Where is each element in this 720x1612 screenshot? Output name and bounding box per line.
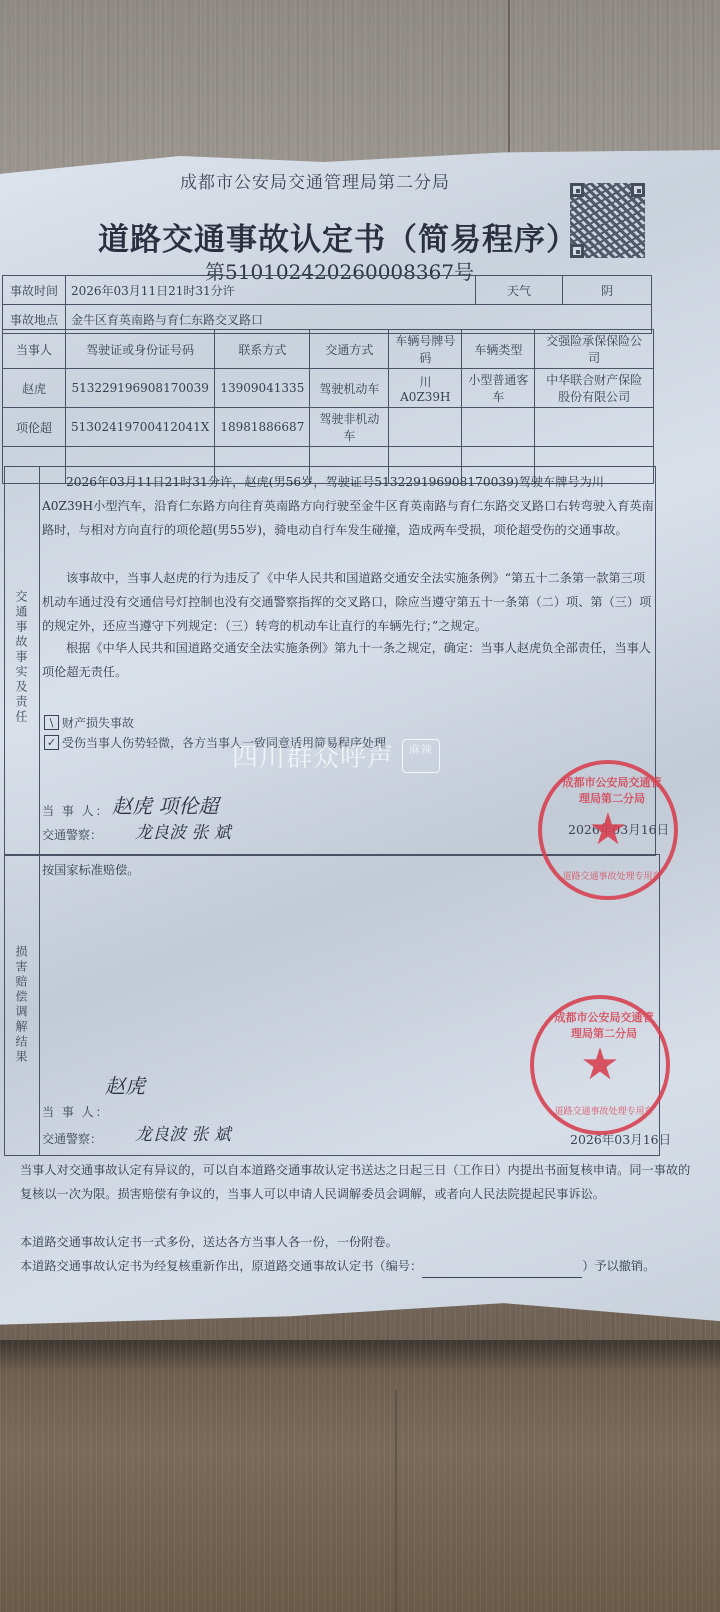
official-seal-1: 成都市公安局交通管理局第二分局 ★ 道路交通事故处理专用章 — [538, 760, 678, 900]
party-insurer — [535, 408, 654, 447]
party-plate: 川A0Z39H — [389, 369, 462, 408]
party-name: 赵虎 — [3, 369, 66, 408]
seal-ring-text: 成都市公安局交通管理局第二分局 — [550, 1009, 658, 1041]
weather-label: 天气 — [476, 276, 563, 305]
header-cell: 交强险承保保险公司 — [535, 330, 654, 369]
wood-seam — [508, 0, 510, 170]
header-cell: 当事人 — [3, 330, 66, 369]
party-phone: 13909041335 — [215, 369, 310, 408]
qr-code-icon — [570, 183, 645, 258]
accident-info-table: 事故时间 2026年03月11日21时31分许 天气 阴 事故地点 金牛区育英南… — [2, 275, 652, 334]
party-id: 513229196908170039 — [66, 369, 215, 408]
checkbox-property-loss[interactable]: \ 财产损失事故 — [44, 714, 134, 731]
header-cell: 车辆号牌号码 — [389, 330, 462, 369]
party-id: 51302419700412041X — [66, 408, 215, 447]
party-plate — [389, 408, 462, 447]
checkbox-label: 财产损失事故 — [62, 714, 134, 731]
parties-table: 当事人 驾驶证或身份证号码 联系方式 交通方式 车辆号牌号码 车辆类型 交强险承… — [2, 329, 654, 484]
wood-seam — [395, 1390, 397, 1612]
document-title: 道路交通事故认定书（简易程序） — [98, 214, 578, 259]
watermark-badge-icon: 麻辣 — [402, 739, 440, 773]
responsibility-paragraph: 根据《中华人民共和国道路交通安全法实施条例》第九十一条之规定，确定：当事人赵虎负… — [42, 636, 654, 684]
time-value: 2026年03月11日21时31分许 — [66, 276, 476, 305]
header-cell: 车辆类型 — [462, 330, 535, 369]
party-transport: 驾驶非机动车 — [310, 408, 389, 447]
section-divider — [39, 467, 40, 855]
time-label: 事故时间 — [3, 276, 66, 305]
seal-bottom-text: 道路交通事故处理专用章 — [554, 1104, 654, 1117]
compensation-side-label: 损害赔偿调解结果 — [8, 945, 30, 1075]
wooden-table-bottom — [0, 1340, 720, 1612]
party-vehicle-type: 小型普通客车 — [462, 369, 535, 408]
checkmark-icon: ✓ — [44, 735, 59, 750]
police-signatures: 龙良波 张 斌 — [135, 818, 231, 843]
table-row: 赵虎 513229196908170039 13909041335 驾驶机动车 … — [3, 369, 654, 408]
notes-revision: 本道路交通事故认定书为经复核重新作出，原道路交通事故认定书（编号：）予以撤销。 — [20, 1254, 700, 1278]
notes-objection: 当事人对交通事故认定有异议的，可以自本道路交通事故认定书送达之日起三日（工作日）… — [20, 1158, 700, 1206]
watermark-text: 四川群众呼声 — [232, 737, 394, 774]
party-insurer: 中华联合财产保险股份有限公司 — [535, 369, 654, 408]
violation-paragraph: 该事故中，当事人赵虎的行为违反了《中华人民共和国道路交通安全法实施条例》“第五十… — [42, 566, 654, 638]
weather-value: 阴 — [563, 276, 652, 305]
party-signature: 赵虎 — [105, 1070, 145, 1099]
header-cell: 交通方式 — [310, 330, 389, 369]
notes-revision-text: 本道路交通事故认定书为经复核重新作出，原道路交通事故认定书（编号： — [20, 1259, 422, 1273]
issuer-name: 成都市公安局交通管理局第二分局 — [180, 168, 450, 193]
table-row: 项伦超 51302419700412041X 18981886687 驾驶非机动… — [3, 408, 654, 447]
notes-copies: 本道路交通事故认定书一式多份，送达各方当事人各一份，一份附卷。 — [20, 1230, 700, 1254]
notes-revision-end: ）予以撤销。 — [582, 1259, 655, 1273]
party-signature-label: 当 事 人： — [42, 1103, 110, 1120]
facts-paragraph: 2026年03月11日21时31分许，赵虎(男56岁，驾驶证号513229196… — [42, 470, 654, 542]
police-signatures: 龙良波 张 斌 — [135, 1120, 231, 1145]
seal-ring-text: 成都市公安局交通管理局第二分局 — [558, 774, 666, 806]
header-cell: 驾驶证或身份证号码 — [66, 330, 215, 369]
facts-side-label: 交通事故事实及责任 — [8, 590, 30, 740]
party-vehicle-type — [462, 408, 535, 447]
table-header-row: 当事人 驾驶证或身份证号码 联系方式 交通方式 车辆号牌号码 车辆类型 交强险承… — [3, 330, 654, 369]
star-icon: ★ — [588, 808, 627, 852]
party-name: 项伦超 — [3, 408, 66, 447]
party-signatures: 赵虎 项伦超 — [112, 790, 218, 819]
checkbox-slash-icon: \ — [44, 715, 59, 730]
police-signature-label: 交通警察： — [42, 826, 102, 843]
official-seal-2: 成都市公安局交通管理局第二分局 ★ 道路交通事故处理专用章 — [530, 995, 670, 1135]
star-icon: ★ — [580, 1043, 619, 1087]
section-divider — [39, 855, 40, 1155]
original-number-blank — [422, 1263, 582, 1278]
party-transport: 驾驶机动车 — [310, 369, 389, 408]
seal-bottom-text: 道路交通事故处理专用章 — [562, 869, 662, 882]
watermark: 四川群众呼声 麻辣 — [232, 737, 440, 774]
party-phone: 18981886687 — [215, 408, 310, 447]
header-cell: 联系方式 — [215, 330, 310, 369]
police-signature-label: 交通警察： — [42, 1130, 102, 1147]
party-signature-label: 当 事 人： — [42, 802, 110, 819]
